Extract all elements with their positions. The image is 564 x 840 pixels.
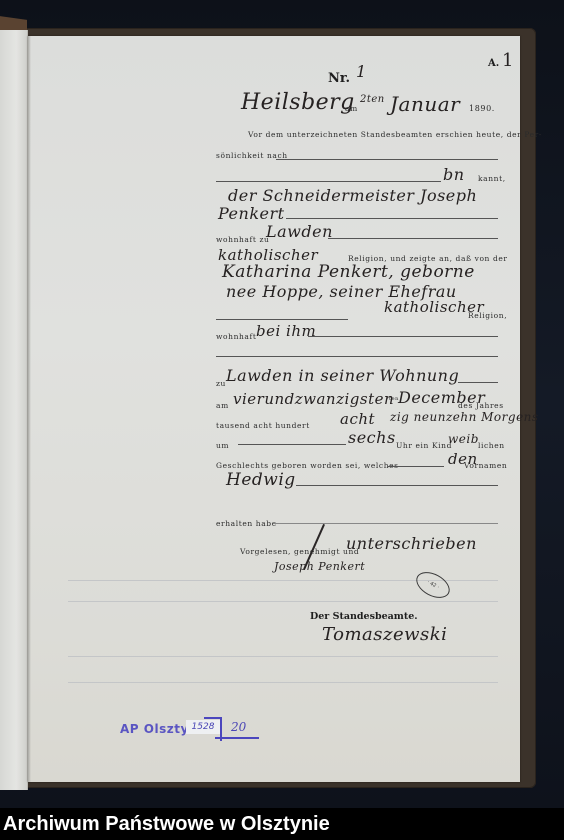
birth-hour: sechs	[348, 428, 396, 447]
register-page: A. 1 Nr. 1 Heilsberg am 2ten Januar 1890…	[28, 36, 520, 782]
corner-number: 1	[502, 50, 514, 71]
faint-rule	[68, 601, 498, 602]
day: 2ten	[360, 94, 385, 105]
archive-signature-number: 1528	[186, 720, 220, 734]
uhr-text: Uhr ein Kind	[396, 441, 452, 450]
year: 1890.	[469, 104, 495, 113]
mother-religion-print: Religion,	[468, 311, 507, 320]
footer-bar: Archiwum Państwowe w Olsztynie	[0, 808, 564, 840]
official-title: Der Standesbeamte.	[310, 611, 418, 622]
vorgelesen-label: Vorgelesen, genehmigt und	[240, 547, 359, 556]
birth-place: Lawden in seiner Wohnung	[226, 366, 459, 385]
erhalten-label: erhalten habe	[216, 519, 277, 528]
intro-line: Vor dem unterzeichneten Standesbeamten e…	[248, 130, 542, 139]
sex-print: lichen	[478, 441, 505, 450]
tausend-label: tausend acht hundert	[216, 421, 310, 430]
mother-line1: Katharina Penkert, geborne	[222, 262, 475, 282]
rule	[286, 218, 498, 219]
rule	[308, 336, 498, 337]
residence: Lawden	[266, 222, 333, 241]
known-hand: bn	[443, 165, 465, 184]
left-page-edge	[0, 30, 28, 790]
am-label: am	[216, 401, 229, 410]
known-print: kannt,	[478, 174, 506, 183]
record-prefix: Nr.	[328, 71, 350, 86]
wohnhaft-label: wohnhaft zu	[216, 235, 269, 244]
informant-line1: der Schneidermeister Joseph	[228, 186, 477, 205]
mother-residence: bei ihm	[256, 322, 316, 340]
record-number: 1	[356, 62, 367, 81]
month: Januar	[390, 92, 460, 116]
page-spine-shadow	[28, 36, 31, 782]
place: Heilsberg	[241, 90, 355, 115]
rule	[216, 181, 441, 182]
faint-rule	[68, 656, 498, 657]
unterschrieben-hand: unterschrieben	[346, 534, 477, 553]
scanned-image: A. 1 Nr. 1 Heilsberg am 2ten Januar 1890…	[0, 0, 564, 808]
vornamen-label: Vornamen	[464, 461, 507, 470]
zu-label: zu	[216, 379, 226, 388]
rule	[216, 356, 498, 357]
rule	[238, 444, 346, 445]
birth-year-suffix: zig neunzehn Morgens	[390, 410, 539, 424]
um-label: um	[216, 441, 229, 450]
informant-signature: Joseph Penkert	[274, 560, 365, 573]
birth-day: vierundzwanzigsten	[233, 390, 394, 408]
stamp-top-bar	[204, 717, 221, 719]
am-label: am	[345, 104, 358, 113]
des-jahres: des Jahres	[458, 401, 504, 410]
archive-unit-number: 20	[231, 720, 246, 734]
wohnhaft-label2: wohnhaft	[216, 332, 257, 341]
institution-name: Archiwum Państwowe w Olsztynie	[3, 813, 330, 836]
child-name: Hedwig	[226, 470, 296, 490]
stamp-bottom-bar	[215, 737, 259, 739]
rule	[328, 238, 498, 239]
sex-hand: weib	[448, 432, 479, 446]
birth-year: acht	[340, 410, 375, 428]
rule	[296, 485, 498, 486]
rule	[274, 523, 498, 524]
seal-number: · 42 ·	[426, 579, 440, 590]
rule	[388, 466, 444, 467]
official-signature: Tomaszewski	[322, 624, 447, 645]
corner-label: A.	[488, 58, 499, 69]
rule	[276, 159, 498, 160]
informant-line2: Penkert	[218, 204, 285, 223]
geschlechts-text: Geschlechts geboren worden sei, welches	[216, 461, 399, 470]
faint-rule	[68, 682, 498, 683]
rule	[216, 319, 348, 320]
rule	[458, 382, 498, 383]
